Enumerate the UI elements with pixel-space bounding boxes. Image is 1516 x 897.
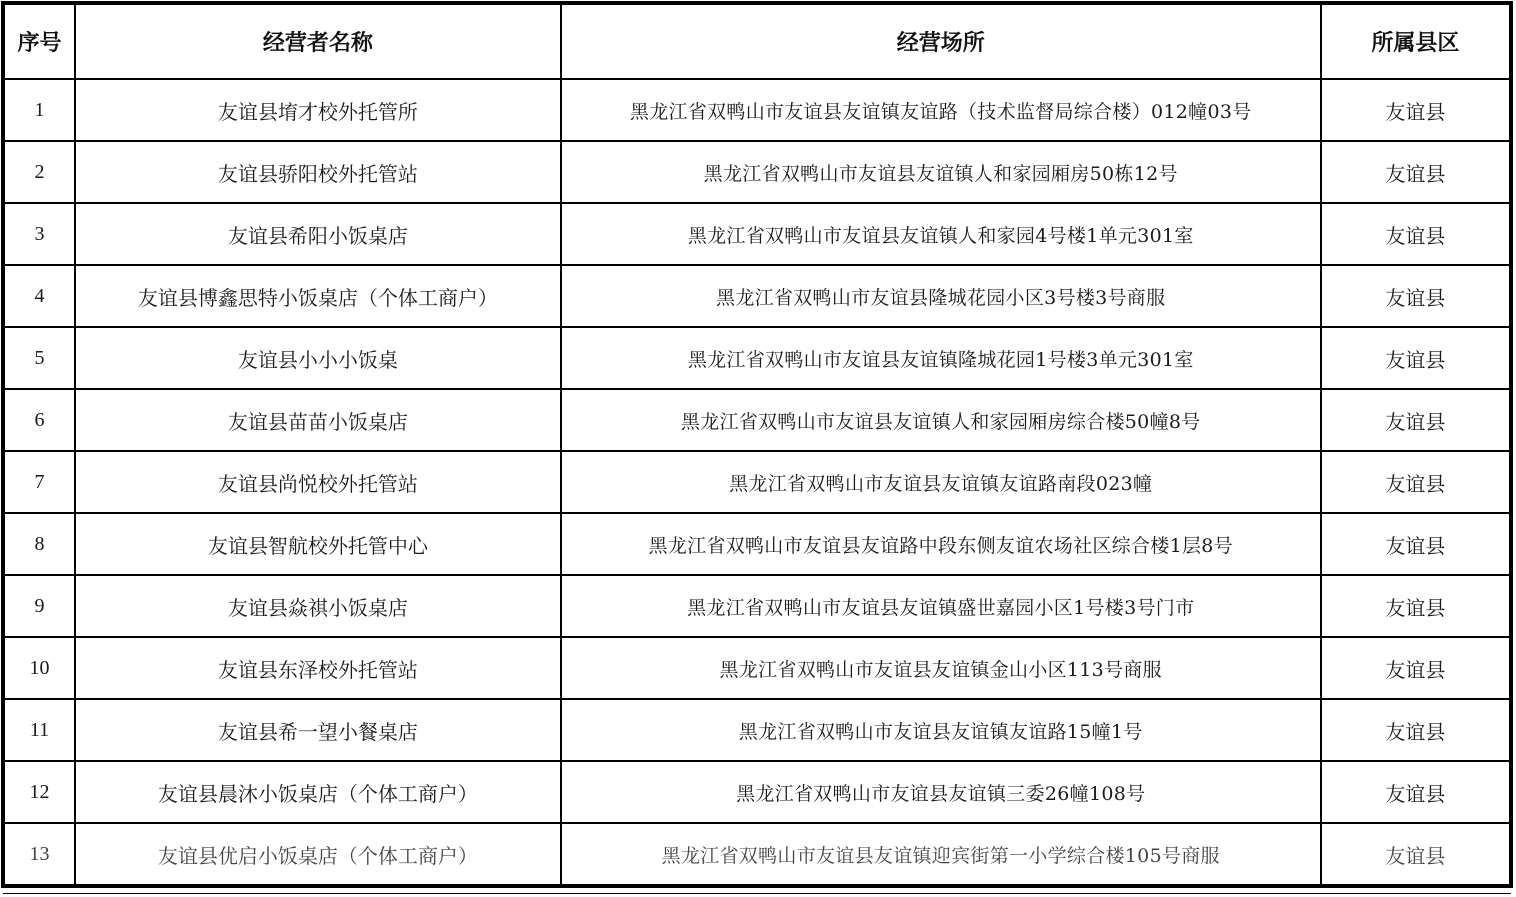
cell-operator-name: 友谊县优启小饭桌店（个体工商户）	[75, 823, 561, 885]
table-row: 8 友谊县智航校外托管中心 黑龙江省双鸭山市友谊县友谊路中段东侧友谊农场社区综合…	[4, 513, 1510, 575]
cell-business-address: 黑龙江省双鸭山市友谊县友谊镇三委26幢108号	[561, 761, 1321, 823]
cell-serial-number: 11	[4, 699, 75, 761]
cell-operator-name: 友谊县博鑫思特小饭桌店（个体工商户）	[75, 265, 561, 327]
cell-business-address: 黑龙江省双鸭山市友谊县友谊镇盛世嘉园小区1号楼3号门市	[561, 575, 1321, 637]
table-row: 10 友谊县东泽校外托管站 黑龙江省双鸭山市友谊县友谊镇金山小区113号商服 友…	[4, 637, 1510, 699]
cell-operator-name: 友谊县小小小饭桌	[75, 327, 561, 389]
cell-district: 友谊县	[1321, 575, 1510, 637]
cell-district: 友谊县	[1321, 203, 1510, 265]
cell-serial-number: 5	[4, 327, 75, 389]
cell-district: 友谊县	[1321, 79, 1510, 141]
cell-business-address: 黑龙江省双鸭山市友谊县友谊镇迎宾街第一小学综合楼105号商服	[561, 823, 1321, 885]
table-row: 6 友谊县苗苗小饭桌店 黑龙江省双鸭山市友谊县友谊镇人和家园厢房综合楼50幢8号…	[4, 389, 1510, 451]
table-row: 11 友谊县希一望小餐桌店 黑龙江省双鸭山市友谊县友谊镇友谊路15幢1号 友谊县	[4, 699, 1510, 761]
cell-business-address: 黑龙江省双鸭山市友谊县隆城花园小区3号楼3号商服	[561, 265, 1321, 327]
table-row: 4 友谊县博鑫思特小饭桌店（个体工商户） 黑龙江省双鸭山市友谊县隆城花园小区3号…	[4, 265, 1510, 327]
cell-serial-number: 2	[4, 141, 75, 203]
cell-serial-number: 7	[4, 451, 75, 513]
cell-district: 友谊县	[1321, 699, 1510, 761]
cell-serial-number: 1	[4, 79, 75, 141]
cell-serial-number: 10	[4, 637, 75, 699]
cell-business-address: 黑龙江省双鸭山市友谊县友谊镇隆城花园1号楼3单元301室	[561, 327, 1321, 389]
header-district: 所属县区	[1321, 4, 1510, 79]
cell-district: 友谊县	[1321, 265, 1510, 327]
cell-operator-name: 友谊县希一望小餐桌店	[75, 699, 561, 761]
table-bottom-border	[3, 893, 1511, 894]
cell-operator-name: 友谊县晨沐小饭桌店（个体工商户）	[75, 761, 561, 823]
cell-serial-number: 3	[4, 203, 75, 265]
header-business-address: 经营场所	[561, 4, 1321, 79]
cell-serial-number: 6	[4, 389, 75, 451]
cell-business-address: 黑龙江省双鸭山市友谊县友谊镇友谊路15幢1号	[561, 699, 1321, 761]
cell-business-address: 黑龙江省双鸭山市友谊县友谊镇友谊路南段023幢	[561, 451, 1321, 513]
cell-district: 友谊县	[1321, 451, 1510, 513]
cell-district: 友谊县	[1321, 327, 1510, 389]
cell-operator-name: 友谊县智航校外托管中心	[75, 513, 561, 575]
cell-district: 友谊县	[1321, 513, 1510, 575]
table-row: 2 友谊县骄阳校外托管站 黑龙江省双鸭山市友谊县友谊镇人和家园厢房50栋12号 …	[4, 141, 1510, 203]
table-row: 9 友谊县焱祺小饭桌店 黑龙江省双鸭山市友谊县友谊镇盛世嘉园小区1号楼3号门市 …	[4, 575, 1510, 637]
cell-operator-name: 友谊县焱祺小饭桌店	[75, 575, 561, 637]
cell-serial-number: 8	[4, 513, 75, 575]
cell-operator-name: 友谊县东泽校外托管站	[75, 637, 561, 699]
cell-serial-number: 12	[4, 761, 75, 823]
table-row: 13 友谊县优启小饭桌店（个体工商户） 黑龙江省双鸭山市友谊县友谊镇迎宾街第一小…	[4, 823, 1510, 885]
cell-business-address: 黑龙江省双鸭山市友谊县友谊路中段东侧友谊农场社区综合楼1层8号	[561, 513, 1321, 575]
cell-business-address: 黑龙江省双鸭山市友谊县友谊镇金山小区113号商服	[561, 637, 1321, 699]
cell-district: 友谊县	[1321, 389, 1510, 451]
cell-serial-number: 13	[4, 823, 75, 885]
cell-operator-name: 友谊县尚悦校外托管站	[75, 451, 561, 513]
cell-operator-name: 友谊县苗苗小饭桌店	[75, 389, 561, 451]
header-operator-name: 经营者名称	[75, 4, 561, 79]
cell-operator-name: 友谊县堉才校外托管所	[75, 79, 561, 141]
table-row: 5 友谊县小小小饭桌 黑龙江省双鸭山市友谊县友谊镇隆城花园1号楼3单元301室 …	[4, 327, 1510, 389]
cell-business-address: 黑龙江省双鸭山市友谊县友谊镇人和家园厢房50栋12号	[561, 141, 1321, 203]
table-row: 1 友谊县堉才校外托管所 黑龙江省双鸭山市友谊县友谊镇友谊路（技术监督局综合楼）…	[4, 79, 1510, 141]
cell-serial-number: 4	[4, 265, 75, 327]
cell-business-address: 黑龙江省双鸭山市友谊县友谊镇友谊路（技术监督局综合楼）012幢03号	[561, 79, 1321, 141]
header-serial-number: 序号	[4, 4, 75, 79]
table-row: 12 友谊县晨沐小饭桌店（个体工商户） 黑龙江省双鸭山市友谊县友谊镇三委26幢1…	[4, 761, 1510, 823]
cell-business-address: 黑龙江省双鸭山市友谊县友谊镇人和家园4号楼1单元301室	[561, 203, 1321, 265]
cell-district: 友谊县	[1321, 761, 1510, 823]
cell-district: 友谊县	[1321, 637, 1510, 699]
cell-operator-name: 友谊县希阳小饭桌店	[75, 203, 561, 265]
operators-table: 序号 经营者名称 经营场所 所属县区 1 友谊县堉才校外托管所 黑龙江省双鸭山市…	[3, 3, 1511, 886]
table-row: 3 友谊县希阳小饭桌店 黑龙江省双鸭山市友谊县友谊镇人和家园4号楼1单元301室…	[4, 203, 1510, 265]
cell-operator-name: 友谊县骄阳校外托管站	[75, 141, 561, 203]
table-row: 7 友谊县尚悦校外托管站 黑龙江省双鸭山市友谊县友谊镇友谊路南段023幢 友谊县	[4, 451, 1510, 513]
cell-district: 友谊县	[1321, 823, 1510, 885]
cell-business-address: 黑龙江省双鸭山市友谊县友谊镇人和家园厢房综合楼50幢8号	[561, 389, 1321, 451]
header-row: 序号 经营者名称 经营场所 所属县区	[4, 4, 1510, 79]
cell-district: 友谊县	[1321, 141, 1510, 203]
cell-serial-number: 9	[4, 575, 75, 637]
